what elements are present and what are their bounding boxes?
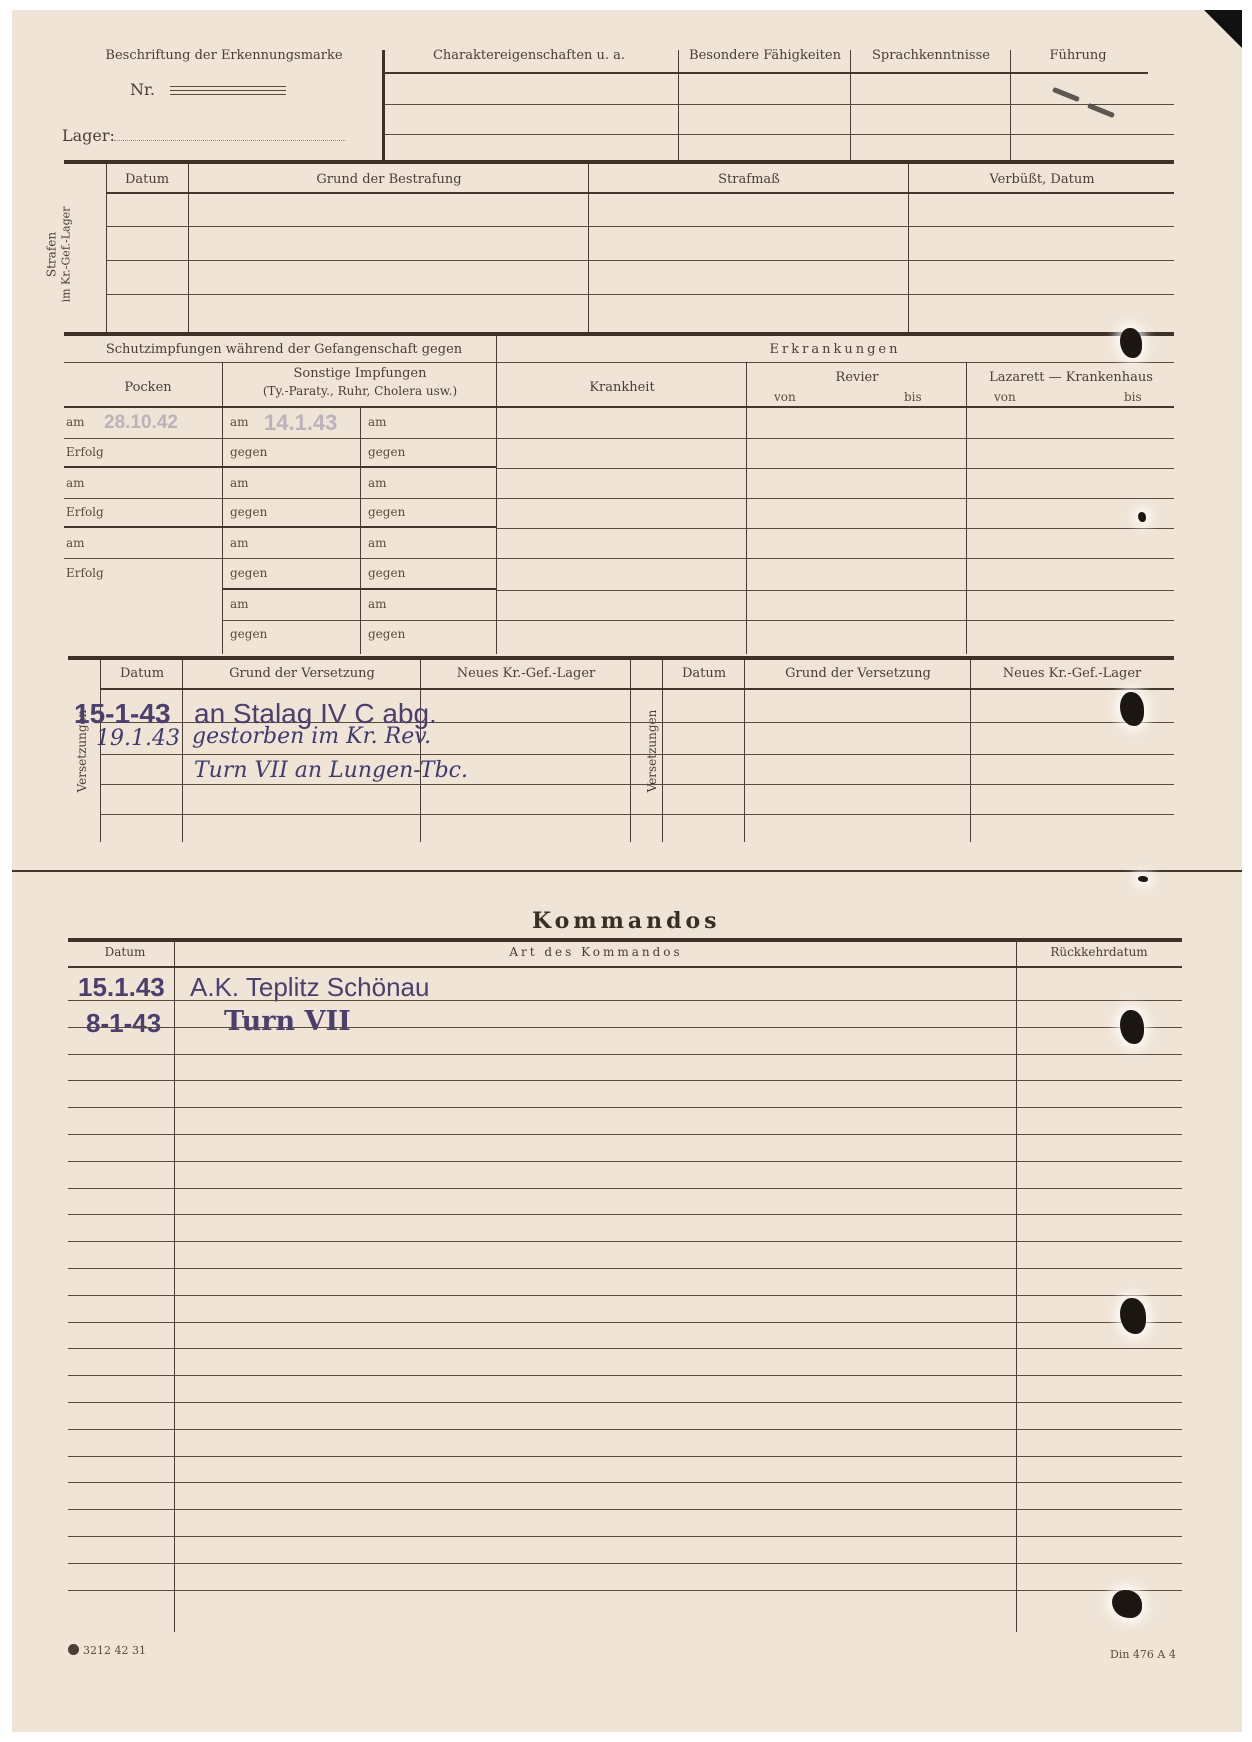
transfer-date-2: 19.1.43 bbox=[96, 726, 180, 751]
col-datum: Datum bbox=[108, 172, 186, 187]
col-fuehrung: Führung bbox=[1012, 48, 1144, 63]
ruled-line bbox=[68, 1295, 1182, 1296]
ruled-line bbox=[68, 1241, 1182, 1242]
ruled-line bbox=[68, 1214, 1182, 1215]
col-strafmass: Strafmaß bbox=[590, 172, 908, 187]
illnesses-title: Erkrankungen bbox=[496, 342, 1174, 357]
ruled-line bbox=[68, 1429, 1182, 1430]
col-krankheit: Krankheit bbox=[498, 380, 746, 395]
ruled-line bbox=[68, 1375, 1182, 1376]
col-revier: Revier bbox=[748, 370, 966, 385]
ruled-line bbox=[68, 1161, 1182, 1162]
ruled-line bbox=[68, 1322, 1182, 1323]
nr-label: Nr. bbox=[130, 80, 155, 99]
ruled-line bbox=[68, 1027, 1182, 1028]
kommando-date-2: 8-1-43 bbox=[86, 1008, 161, 1039]
ruled-line bbox=[68, 1134, 1182, 1135]
kommando-text-1: A.K. Teplitz Schönau bbox=[190, 972, 429, 1003]
kommando-date-1: 15.1.43 bbox=[78, 972, 165, 1003]
col-lazarett: Lazarett — Krankenhaus bbox=[968, 370, 1174, 385]
col-sprachen: Sprachkenntnisse bbox=[852, 48, 1010, 63]
transfer-text-2: gestorben im Kr. Rev. bbox=[192, 724, 431, 749]
punch-hole bbox=[1138, 876, 1148, 882]
ruled-line bbox=[68, 1188, 1182, 1189]
ruled-line bbox=[68, 1107, 1182, 1108]
ruled-line bbox=[68, 1456, 1182, 1457]
ruled-line bbox=[68, 1402, 1182, 1403]
kommando-text-2: Turn VII bbox=[224, 1006, 351, 1037]
punishments-side-label: Strafen im Kr.-Gef.-Lager bbox=[45, 200, 74, 310]
col-faehigkeiten: Besondere Fähigkeiten bbox=[680, 48, 850, 63]
punch-hole bbox=[1120, 692, 1144, 726]
ruled-line bbox=[68, 1536, 1182, 1537]
col-pocken: Pocken bbox=[64, 380, 232, 395]
footer-din: Din 476 A 4 bbox=[1110, 1648, 1176, 1661]
punch-hole bbox=[1120, 1298, 1146, 1334]
ruled-line bbox=[68, 1348, 1182, 1349]
stamp-other-date: 14.1.43 bbox=[264, 410, 337, 436]
ruled-line bbox=[68, 1590, 1182, 1591]
punch-hole bbox=[1120, 328, 1142, 358]
col-sonstige-sub: (Ty.-Paraty., Ruhr, Cholera usw.) bbox=[224, 384, 496, 398]
ruled-line bbox=[68, 1482, 1182, 1483]
lager-label: Lager: bbox=[62, 126, 115, 145]
punch-hole bbox=[1112, 1590, 1142, 1618]
staple-mark bbox=[1087, 103, 1115, 118]
staple-mark bbox=[1052, 87, 1080, 102]
ruled-line bbox=[68, 1054, 1182, 1055]
punch-hole bbox=[1138, 512, 1146, 522]
col-charakter: Charaktereigenschaften u. a. bbox=[384, 48, 674, 63]
document-page: Beschriftung der Erkennungsmarke Nr. Lag… bbox=[12, 10, 1242, 1732]
torn-corner bbox=[1204, 10, 1242, 48]
stamp-pocken-date: 28.10.42 bbox=[104, 412, 178, 434]
kommandos-title: Kommandos bbox=[532, 908, 721, 934]
vaccinations-title: Schutzimpfungen während der Gefangenscha… bbox=[64, 342, 504, 357]
publisher-mark-icon bbox=[68, 1644, 79, 1655]
col-sonstige: Sonstige Impfungen bbox=[224, 366, 496, 381]
ruled-line bbox=[68, 1000, 1182, 1001]
ruled-line bbox=[68, 1268, 1182, 1269]
transfer-text-3: Turn VII an Lungen-Tbc. bbox=[194, 758, 468, 783]
punch-hole bbox=[1120, 1010, 1144, 1044]
footer-print-code: 3212 42 31 bbox=[68, 1644, 146, 1657]
col-verbuesst: Verbüßt, Datum bbox=[910, 172, 1174, 187]
tag-label: Beschriftung der Erkennungsmarke bbox=[94, 48, 354, 63]
col-grund-bestrafung: Grund der Bestrafung bbox=[190, 172, 588, 187]
ruled-line bbox=[68, 1509, 1182, 1510]
transfers-side-label-right: Versetzungen bbox=[645, 701, 659, 801]
ruled-line bbox=[68, 1563, 1182, 1564]
ruled-line bbox=[68, 1080, 1182, 1081]
